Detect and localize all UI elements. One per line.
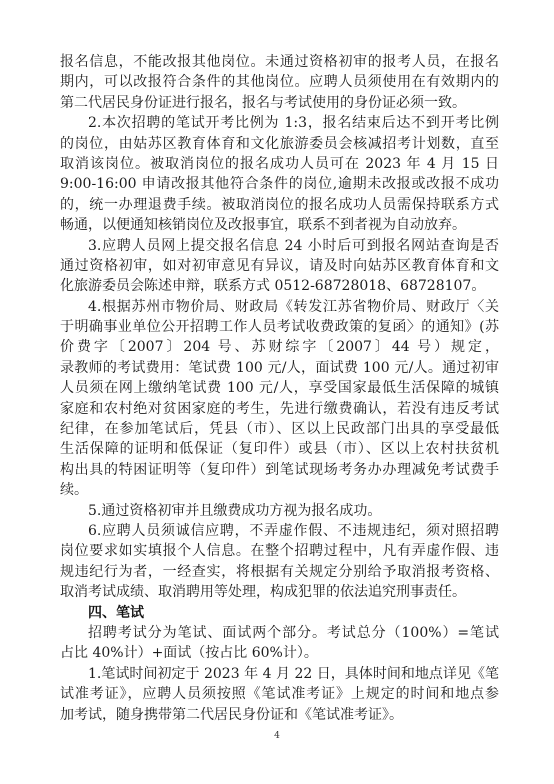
text-line: 的，统一办理退费手续。被取消岗位的报名成功人员需保持联系方式 [60, 195, 499, 215]
text-line: 试准考证》，应聘人员须按照《笔试准考证》上规定的时间和地点参 [60, 684, 499, 704]
text-line: 的岗位，由姑苏区教育体育和文化旅游委员会核减招考计划数，直至 [60, 134, 499, 154]
text-line: 2.本次招聘的笔试开考比例为 1:3，报名结束后达不到开考比例 [60, 113, 499, 133]
paragraph-item-2: 2.本次招聘的笔试开考比例为 1:3，报名结束后达不到开考比例 的岗位，由姑苏区… [60, 113, 499, 235]
paragraph-continuation: 报名信息，不能改报其他岗位。未通过资格初审的报考人员，在报名 期内，可以改报符合… [60, 52, 499, 113]
paragraph-exam-time: 1.笔试时间初定于 2023 年 4 月 22 日，具体时间和地点详见《笔 试准… [60, 664, 499, 725]
text-line: 纪律，在参加笔试后，凭县（市）、区以上民政部门出具的享受最低 [60, 419, 499, 439]
text-line: 录教师的考试费用：笔试费 100 元/人，面试费 100 元/人。通过初审 [60, 358, 499, 378]
text-line: 于明确事业单位公开招聘工作人员考试收费政策的复函〉的通知》(苏 [60, 317, 499, 337]
text-line: 报名信息，不能改报其他岗位。未通过资格初审的报考人员，在报名 [60, 52, 499, 72]
paragraph-item-4: 4.根据苏州市物价局、财政局《转发江苏省物价局、财政厅〈关 于明确事业单位公开招… [60, 297, 499, 501]
text-line: 价费字〔2007〕204 号、苏财综字〔2007〕44 号）规定，本次公开招 [60, 337, 499, 357]
text-line: 通过资格初审，如对初审意见有异议，请及时向姑苏区教育体育和文 [60, 256, 499, 276]
text-line: 化旅游委员会陈述申辩，联系方式 0512-68728018、68728107。 [60, 276, 499, 296]
text-line: 续。 [60, 480, 499, 500]
text-line: 3.应聘人员网上提交报名信息 24 小时后可到报名网站查询是否 [60, 236, 499, 256]
paragraph-exam-composition: 招聘考试分为笔试、面试两个部分。考试总分（100%）=笔试（按 占比 40%计）… [60, 623, 499, 664]
paragraph-item-5: 5.通过资格初审并且缴费成功方视为报名成功。 [60, 501, 499, 521]
text-line: 取消考试成绩、取消聘用等处理，构成犯罪的依法追究刑事责任。 [60, 582, 499, 602]
text-line: 人员须在网上缴纳笔试费 100 元/人，享受国家最低生活保障的城镇 [60, 378, 499, 398]
text-line: 1.笔试时间初定于 2023 年 4 月 22 日，具体时间和地点详见《笔 [60, 664, 499, 684]
document-body: 报名信息，不能改报其他岗位。未通过资格初审的报考人员，在报名 期内，可以改报符合… [60, 52, 499, 725]
text-line: 生活保障的证明和低保证（复印件）或县（市）、区以上农村扶贫机 [60, 439, 499, 459]
text-line: 第二代居民身份证进行报名，报名与考试使用的身份证必须一致。 [60, 93, 499, 113]
text-line: 家庭和农村绝对贫困家庭的考生，先进行缴费确认，若没有违反考试 [60, 399, 499, 419]
text-line: 4.根据苏州市物价局、财政局《转发江苏省物价局、财政厅〈关 [60, 297, 499, 317]
text-line: 6.应聘人员须诚信应聘，不弄虚作假、不违规违纪，须对照招聘 [60, 521, 499, 541]
text-line: 构出具的特困证明等（复印件）到笔试现场考务办办理减免考试费手 [60, 460, 499, 480]
text-line: 招聘考试分为笔试、面试两个部分。考试总分（100%）=笔试（按 [60, 623, 499, 643]
text-line: 5.通过资格初审并且缴费成功方视为报名成功。 [60, 501, 499, 521]
paragraph-item-6: 6.应聘人员须诚信应聘，不弄虚作假、不违规违纪，须对照招聘 岗位要求如实填报个人… [60, 521, 499, 603]
text-line: 9:00-16:00 申请改报其他符合条件的岗位,逾期未改报或改报不成功 [60, 174, 499, 194]
text-line: 规违纪行为者，一经查实，将根据有关规定分别给予取消报考资格、 [60, 562, 499, 582]
text-line: 取消该岗位。被取消岗位的报名成功人员可在 2023 年 4 月 15 日 [60, 154, 499, 174]
text-line: 占比 40%计）+面试（按占比 60%计）。 [60, 643, 499, 663]
text-line: 期内，可以改报符合条件的其他岗位。应聘人员须使用在有效期内的 [60, 72, 499, 92]
text-line: 岗位要求如实填报个人信息。在整个招聘过程中，凡有弄虚作假、违 [60, 541, 499, 561]
text-line: 加考试，随身携带第二代居民身份证和《笔试准考证》。 [60, 705, 499, 725]
paragraph-item-3: 3.应聘人员网上提交报名信息 24 小时后可到报名网站查询是否 通过资格初审，如… [60, 236, 499, 297]
document-page: 报名信息，不能改报其他岗位。未通过资格初审的报考人员，在报名 期内，可以改报符合… [0, 0, 554, 784]
text-line: 畅通，以便通知核销岗位及改报事宜，联系不到者视为自动放弃。 [60, 215, 499, 235]
page-number: 4 [0, 729, 554, 743]
section-heading: 四、笔试 [60, 603, 499, 623]
